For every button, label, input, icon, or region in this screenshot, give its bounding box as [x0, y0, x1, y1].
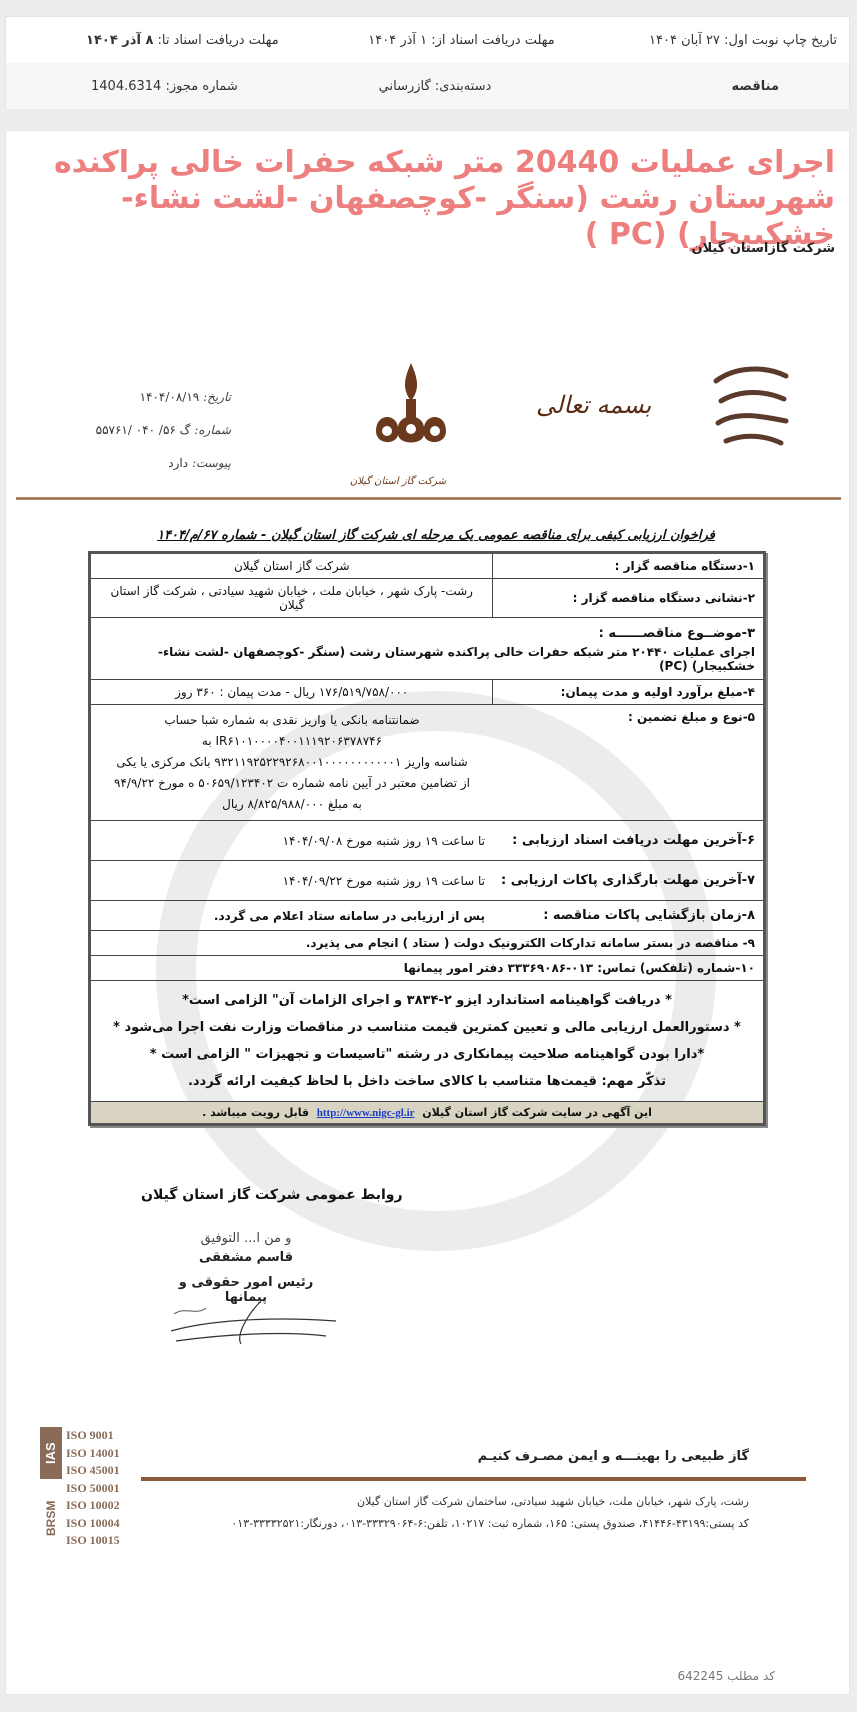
article-source[interactable]: شرکت گازاستان گیلان [691, 241, 835, 256]
table-row-subject: ۳-موضــوع مناقصــــــه : اجرای عملیات ۲۰… [90, 618, 765, 680]
tender-meta-card: تاریخ چاپ نوبت اول: ۲۷ آبان ۱۴۰۴ مهلت در… [5, 16, 850, 108]
docs-to: مهلت دریافت اسناد تا: ۸ آذر ۱۴۰۴ [6, 33, 332, 48]
letterhead-divider [16, 497, 841, 500]
license-number: شماره مجوز: 1404.6314 [6, 79, 316, 94]
category-label: دسته‌بندی: [435, 79, 492, 94]
category: دسته‌بندی: گازرساني [316, 79, 553, 94]
row-value: تا ساعت ۱۹ روز شنبه مورخ ۱۴۰۴/۰۹/۰۸ [90, 821, 493, 861]
docs-to-value: ۸ آذر ۱۴۰۴ [86, 33, 153, 48]
row-label: ۷-آخرین مهلت بارگذاری پاکات ارزیابی : [493, 861, 765, 901]
iso-item: ISO 9001 [66, 1427, 120, 1445]
note-item: *دارا بودن گواهینامه صلاحیت پیمانکاری در… [99, 1041, 755, 1068]
tender-type: مناقصه [554, 79, 849, 94]
table-row: ۶-آخرین مهلت دریافت اسناد ارزیابی : تا س… [90, 821, 765, 861]
first-print-date-value: ۲۷ آبان ۱۴۰۴ [649, 33, 720, 48]
slogan-calligraphy-icon [706, 361, 796, 451]
tender-notice-table: ۱-دستگاه مناقصه گزار : شرکت گاز استان گی… [88, 551, 766, 1126]
notice-heading: فراخوان ارزیابی کیفی برای مناقصه عمومی ی… [116, 528, 756, 543]
license-label: شماره مجوز: [165, 79, 237, 94]
iso-item: ISO 10015 [66, 1532, 120, 1550]
footer-prefix: این آگهی در سایت شرکت گاز استان گیلان [422, 1106, 652, 1119]
letter-date-label: تاریخ: [203, 390, 231, 404]
table-row: ۷-آخرین مهلت بارگذاری پاکات ارزیابی : تا… [90, 861, 765, 901]
row-label: ۱-دستگاه مناقصه گزار : [493, 553, 765, 579]
notice-footer-row: این آگهی در سایت شرکت گاز استان گیلان ht… [90, 1102, 765, 1125]
note-item: * دریافت گواهینامه استاندارد ایزو ۲-۳۸۳۴… [99, 987, 755, 1014]
website-link[interactable]: http://www.nigc-gl.ir [317, 1107, 415, 1119]
table-row: ۱-دستگاه مناقصه گزار : شرکت گاز استان گی… [90, 553, 765, 579]
letter-number-value: گ ۵۶/ ۰۴۰ /۵۵۷۶۱ [96, 423, 191, 437]
closing-phrase: و من ا... التوفیق [156, 1231, 336, 1246]
article-title: اجرای عملیات 20440 متر شبکه حفرات خالی پ… [15, 145, 835, 253]
guarantee-line: ضمانتنامه بانکی یا واریز نقدی به شماره ش… [99, 710, 485, 752]
iso-item: ISO 50001 [66, 1480, 120, 1498]
footer-divider [141, 1477, 806, 1481]
table-row: ۸-زمان بازگشایی پاکات مناقصه : پس از ارز… [90, 901, 765, 931]
footer-contact: کد پستی:۴۳۱۹۹-۴۱۴۴۶، صندوق پستی: ۱۶۵، شم… [231, 1517, 749, 1530]
meta-row-dates: تاریخ چاپ نوبت اول: ۲۷ آبان ۱۴۰۴ مهلت در… [6, 17, 849, 63]
iso-item: ISO 14001 [66, 1445, 120, 1463]
table-row: ۵-نوع و مبلغ تضمین : ضمانتنامه بانکی یا … [90, 705, 765, 821]
signature-block: و من ا... التوفیق قاسم مشفقی رئیس امور ح… [156, 1231, 336, 1305]
row-label: ۲-نشانی دستگاه مناقصه گزار : [493, 579, 765, 618]
table-row: ۲-نشانی دستگاه مناقصه گزار : رشت- پارک ش… [90, 579, 765, 618]
signatory-name: قاسم مشفقی [156, 1250, 336, 1265]
signature-scribble-icon [166, 1296, 346, 1346]
notice-footer-cell: این آگهی در سایت شرکت گاز استان گیلان ht… [90, 1102, 765, 1125]
subject-value: اجرای عملیات ۲۰۴۴۰ متر شبکه حفرات خالی پ… [99, 645, 755, 673]
row-value: ضمانتنامه بانکی یا واریز نقدی به شماره ش… [90, 705, 493, 821]
category-value[interactable]: گازرساني [379, 79, 431, 94]
first-print-date-label: تاریخ چاپ نوبت اول: [724, 33, 837, 48]
letter-attachment: پیوست: دارد [91, 447, 231, 480]
row-value: تا ساعت ۱۹ روز شنبه مورخ ۱۴۰۴/۰۹/۲۲ [90, 861, 493, 901]
iso-certifications: IAS BRSM ISO 9001 ISO 14001 ISO 45001 IS… [36, 1427, 146, 1552]
letter-number-label: شماره: [194, 423, 231, 437]
subject-label: ۳-موضــوع مناقصــــــه : [99, 626, 755, 641]
meta-row-type: مناقصه دسته‌بندی: گازرساني شماره مجوز: 1… [6, 63, 849, 109]
docs-from: مهلت دریافت اسناد از: ۱ آذر ۱۴۰۴ [332, 33, 590, 48]
letter-meta: تاریخ: ۱۴۰۴/۰۸/۱۹ شماره: گ ۵۶/ ۰۴۰ /۵۵۷۶… [91, 381, 231, 480]
footer-suffix: قابل رویت میباشد . [202, 1106, 309, 1119]
guarantee-line: شناسه واریز ۹۳۲۱۱۹۲۵۲۲۹۲۶۸۰۰۱۰۰۰۰۰۰۰۰۰۰۰… [99, 752, 485, 773]
docs-from-label: مهلت دریافت اسناد از: [431, 33, 555, 48]
license-value: 1404.6314 [91, 79, 161, 94]
letter-attachment-value: دارد [168, 456, 188, 470]
row-value: رشت- پارک شهر ، خیابان ملت ، خیابان شهید… [90, 579, 493, 618]
row-label: ۴-مبلغ برآورد اولیه و مدت پیمان: [493, 680, 765, 705]
contact-cell: ۱۰-شماره (تلفکس) تماس: ۰۱۳-۳۳۳۶۹۰۸۶ دفتر… [90, 956, 765, 981]
docs-from-value: ۱ آذر ۱۴۰۴ [368, 33, 427, 48]
public-relations-label: روابط عمومی شرکت گاز استان گیلان [141, 1187, 403, 1203]
logo-caption: شرکت گاز استان گیلان [348, 476, 448, 487]
brsm-badge: BRSM [40, 1485, 62, 1551]
iso-item: ISO 10002 [66, 1497, 120, 1515]
row-label: ۶-آخرین مهلت دریافت اسناد ارزیابی : [493, 821, 765, 861]
row-label: ۸-زمان بازگشایی پاکات مناقصه : [493, 901, 765, 931]
platform-cell: ۹- مناقصه در بستر سامانه تدارکات الکترون… [90, 931, 765, 956]
footer-address: رشت، پارک شهر، خیابان ملت، خیابان شهید س… [357, 1495, 749, 1508]
notes-row: * دریافت گواهینامه استاندارد ایزو ۲-۳۸۳۴… [90, 981, 765, 1102]
subject-cell: ۳-موضــوع مناقصــــــه : اجرای عملیات ۲۰… [90, 618, 765, 680]
notes-cell: * دریافت گواهینامه استاندارد ایزو ۲-۳۸۳۴… [90, 981, 765, 1102]
table-row: ۴-مبلغ برآورد اولیه و مدت پیمان: ۱۷۶/۵۱۹… [90, 680, 765, 705]
article-card: اجرای عملیات 20440 متر شبکه حفرات خالی پ… [5, 130, 850, 1695]
row-value: شرکت گاز استان گیلان [90, 553, 493, 579]
table-row: ۱۰-شماره (تلفکس) تماس: ۰۱۳-۳۳۳۶۹۰۸۶ دفتر… [90, 956, 765, 981]
cert-badges: IAS BRSM [40, 1427, 62, 1552]
iso-item: ISO 10004 [66, 1515, 120, 1533]
table-row: ۹- مناقصه در بستر سامانه تدارکات الکترون… [90, 931, 765, 956]
letter-date-value: ۱۴۰۴/۰۸/۱۹ [140, 390, 200, 404]
row-value: ۱۷۶/۵۱۹/۷۵۸/۰۰۰ ریال - مدت پیمان : ۳۶۰ ر… [90, 680, 493, 705]
first-print-date: تاریخ چاپ نوبت اول: ۲۷ آبان ۱۴۰۴ [591, 33, 849, 48]
bismillah: بسمه تعالی [536, 391, 651, 419]
footer-slogan: گاز طبیعی را بهینـــه و ایمن مصـرف کنیـم [478, 1449, 749, 1464]
content-code: کد مطلب 642245 [678, 1669, 775, 1683]
iso-list: ISO 9001 ISO 14001 ISO 45001 ISO 50001 I… [66, 1427, 120, 1550]
docs-to-label: مهلت دریافت اسناد تا: [158, 33, 279, 48]
letter-date: تاریخ: ۱۴۰۴/۰۸/۱۹ [91, 381, 231, 414]
note-item: تذکّر مهم: قیمت‌ها متناسب با کالای ساخت … [99, 1068, 755, 1095]
row-label: ۵-نوع و مبلغ تضمین : [493, 705, 765, 821]
note-item: * دستورالعمل ارزیابی مالی و تعیین کمترین… [99, 1014, 755, 1041]
letter-attachment-label: پیوست: [192, 456, 231, 470]
iso-item: ISO 45001 [66, 1462, 120, 1480]
gas-company-logo-icon [366, 361, 456, 471]
row-value: پس از ارزیابی در سامانه ستاد اعلام می گر… [90, 901, 493, 931]
guarantee-line: از تضامین معتبر در آیین نامه شماره ت ۵۰۶… [99, 773, 485, 794]
letter-number: شماره: گ ۵۶/ ۰۴۰ /۵۵۷۶۱ [91, 414, 231, 447]
ias-badge: IAS [40, 1427, 62, 1479]
guarantee-line: به مبلغ ۸/۸۲۵/۹۸۸/۰۰۰ ریال [99, 794, 485, 815]
